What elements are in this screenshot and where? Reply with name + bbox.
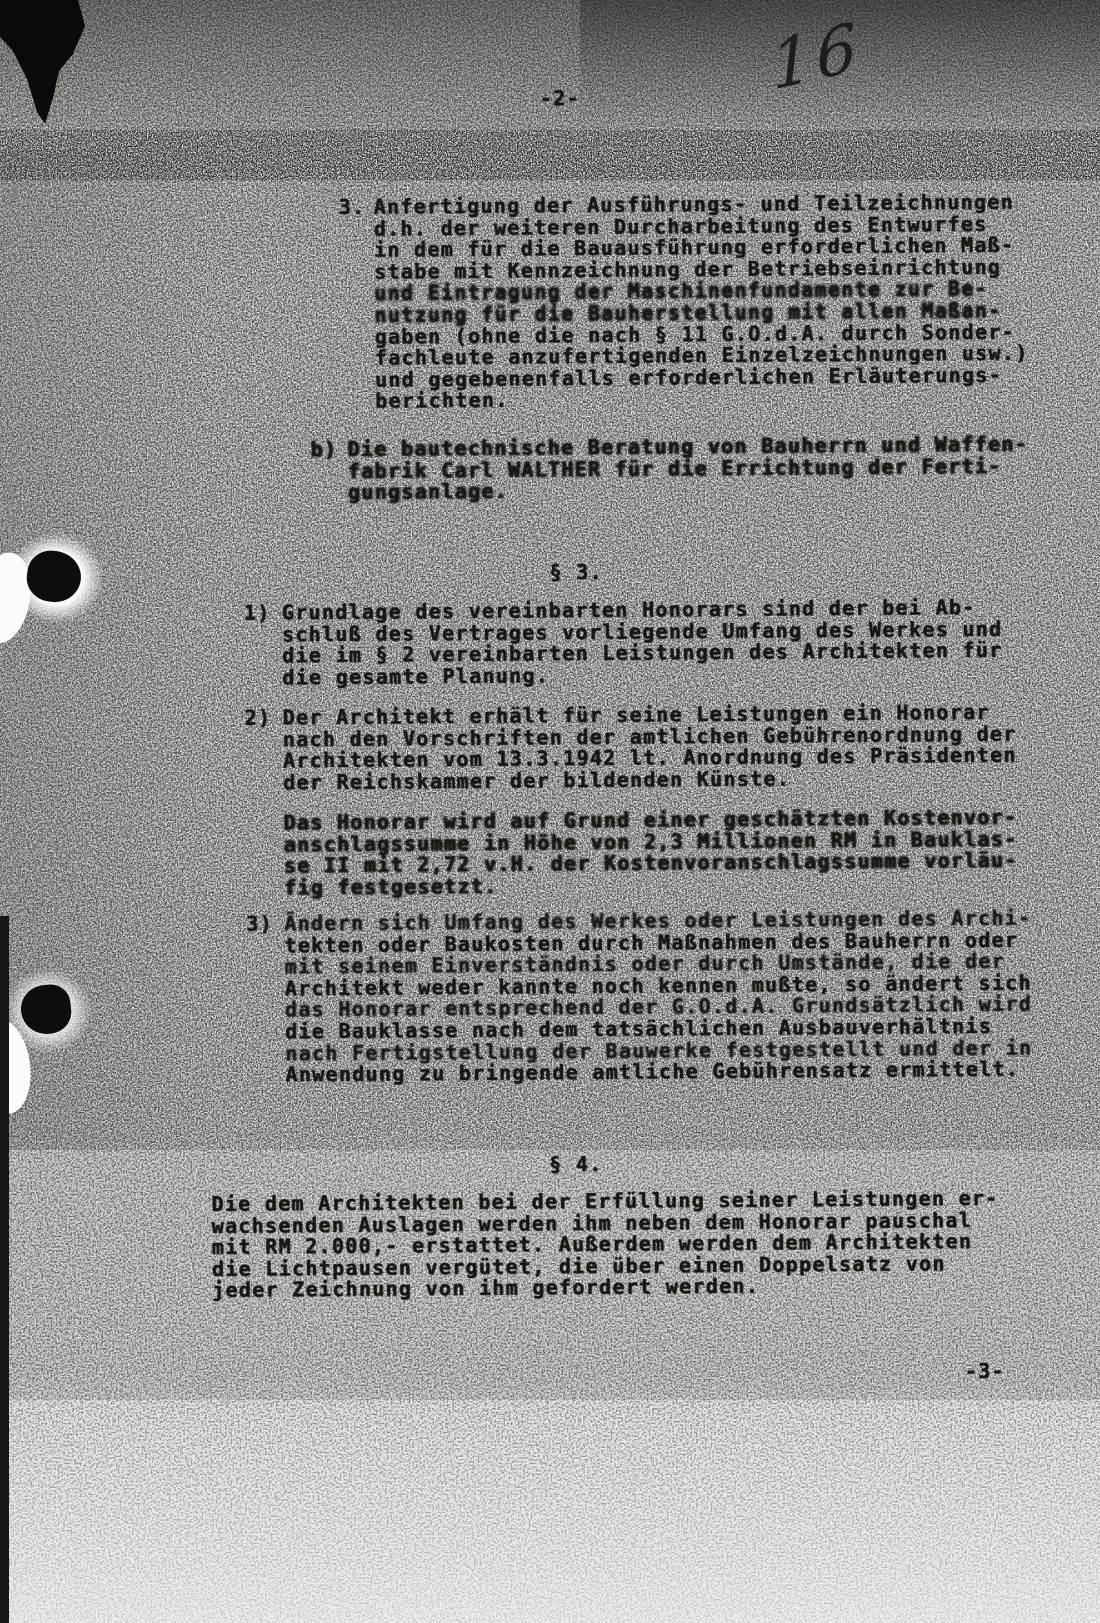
- item-b-marker: b): [310, 439, 337, 461]
- header-page-number: -2-: [540, 88, 580, 110]
- item-b-lines: Die bautechnische Beratung von Bauherrn …: [347, 434, 1028, 504]
- paragraph-1-marker: 1): [244, 603, 271, 625]
- paragraph-2-lines: Der Architekt erhält für seine Leistunge…: [283, 702, 1017, 794]
- section-3-heading: § 3.: [549, 562, 603, 584]
- typed-content: -2- 3. Anfertigung der Ausführungs- und …: [0, 0, 1100, 1623]
- paragraph-2-marker: 2): [245, 708, 272, 730]
- paragraph-1-lines: Grundlage des vereinbarten Honorars sind…: [282, 597, 1003, 689]
- paragraph-3-marker: 3): [246, 914, 273, 936]
- paragraph-3-lines: Ändern sich Umfang des Werkes oder Leist…: [284, 908, 1032, 1087]
- scanned-document-page: 16 -2- 3. Anfertigung der Ausführungs- u…: [0, 0, 1100, 1623]
- section-4-lines: Die dem Architekten bei der Erfüllung se…: [211, 1188, 999, 1302]
- section-4-heading: § 4.: [549, 1154, 603, 1176]
- item-3-marker: 3.: [339, 197, 366, 219]
- item-3-lines: Anfertigung der Ausführungs- und Teilzei…: [374, 192, 1029, 413]
- paragraph-2b-lines: Das Honorar wird auf Grund einer geschät…: [283, 807, 1017, 899]
- footer-page-number: -3-: [965, 1361, 1005, 1383]
